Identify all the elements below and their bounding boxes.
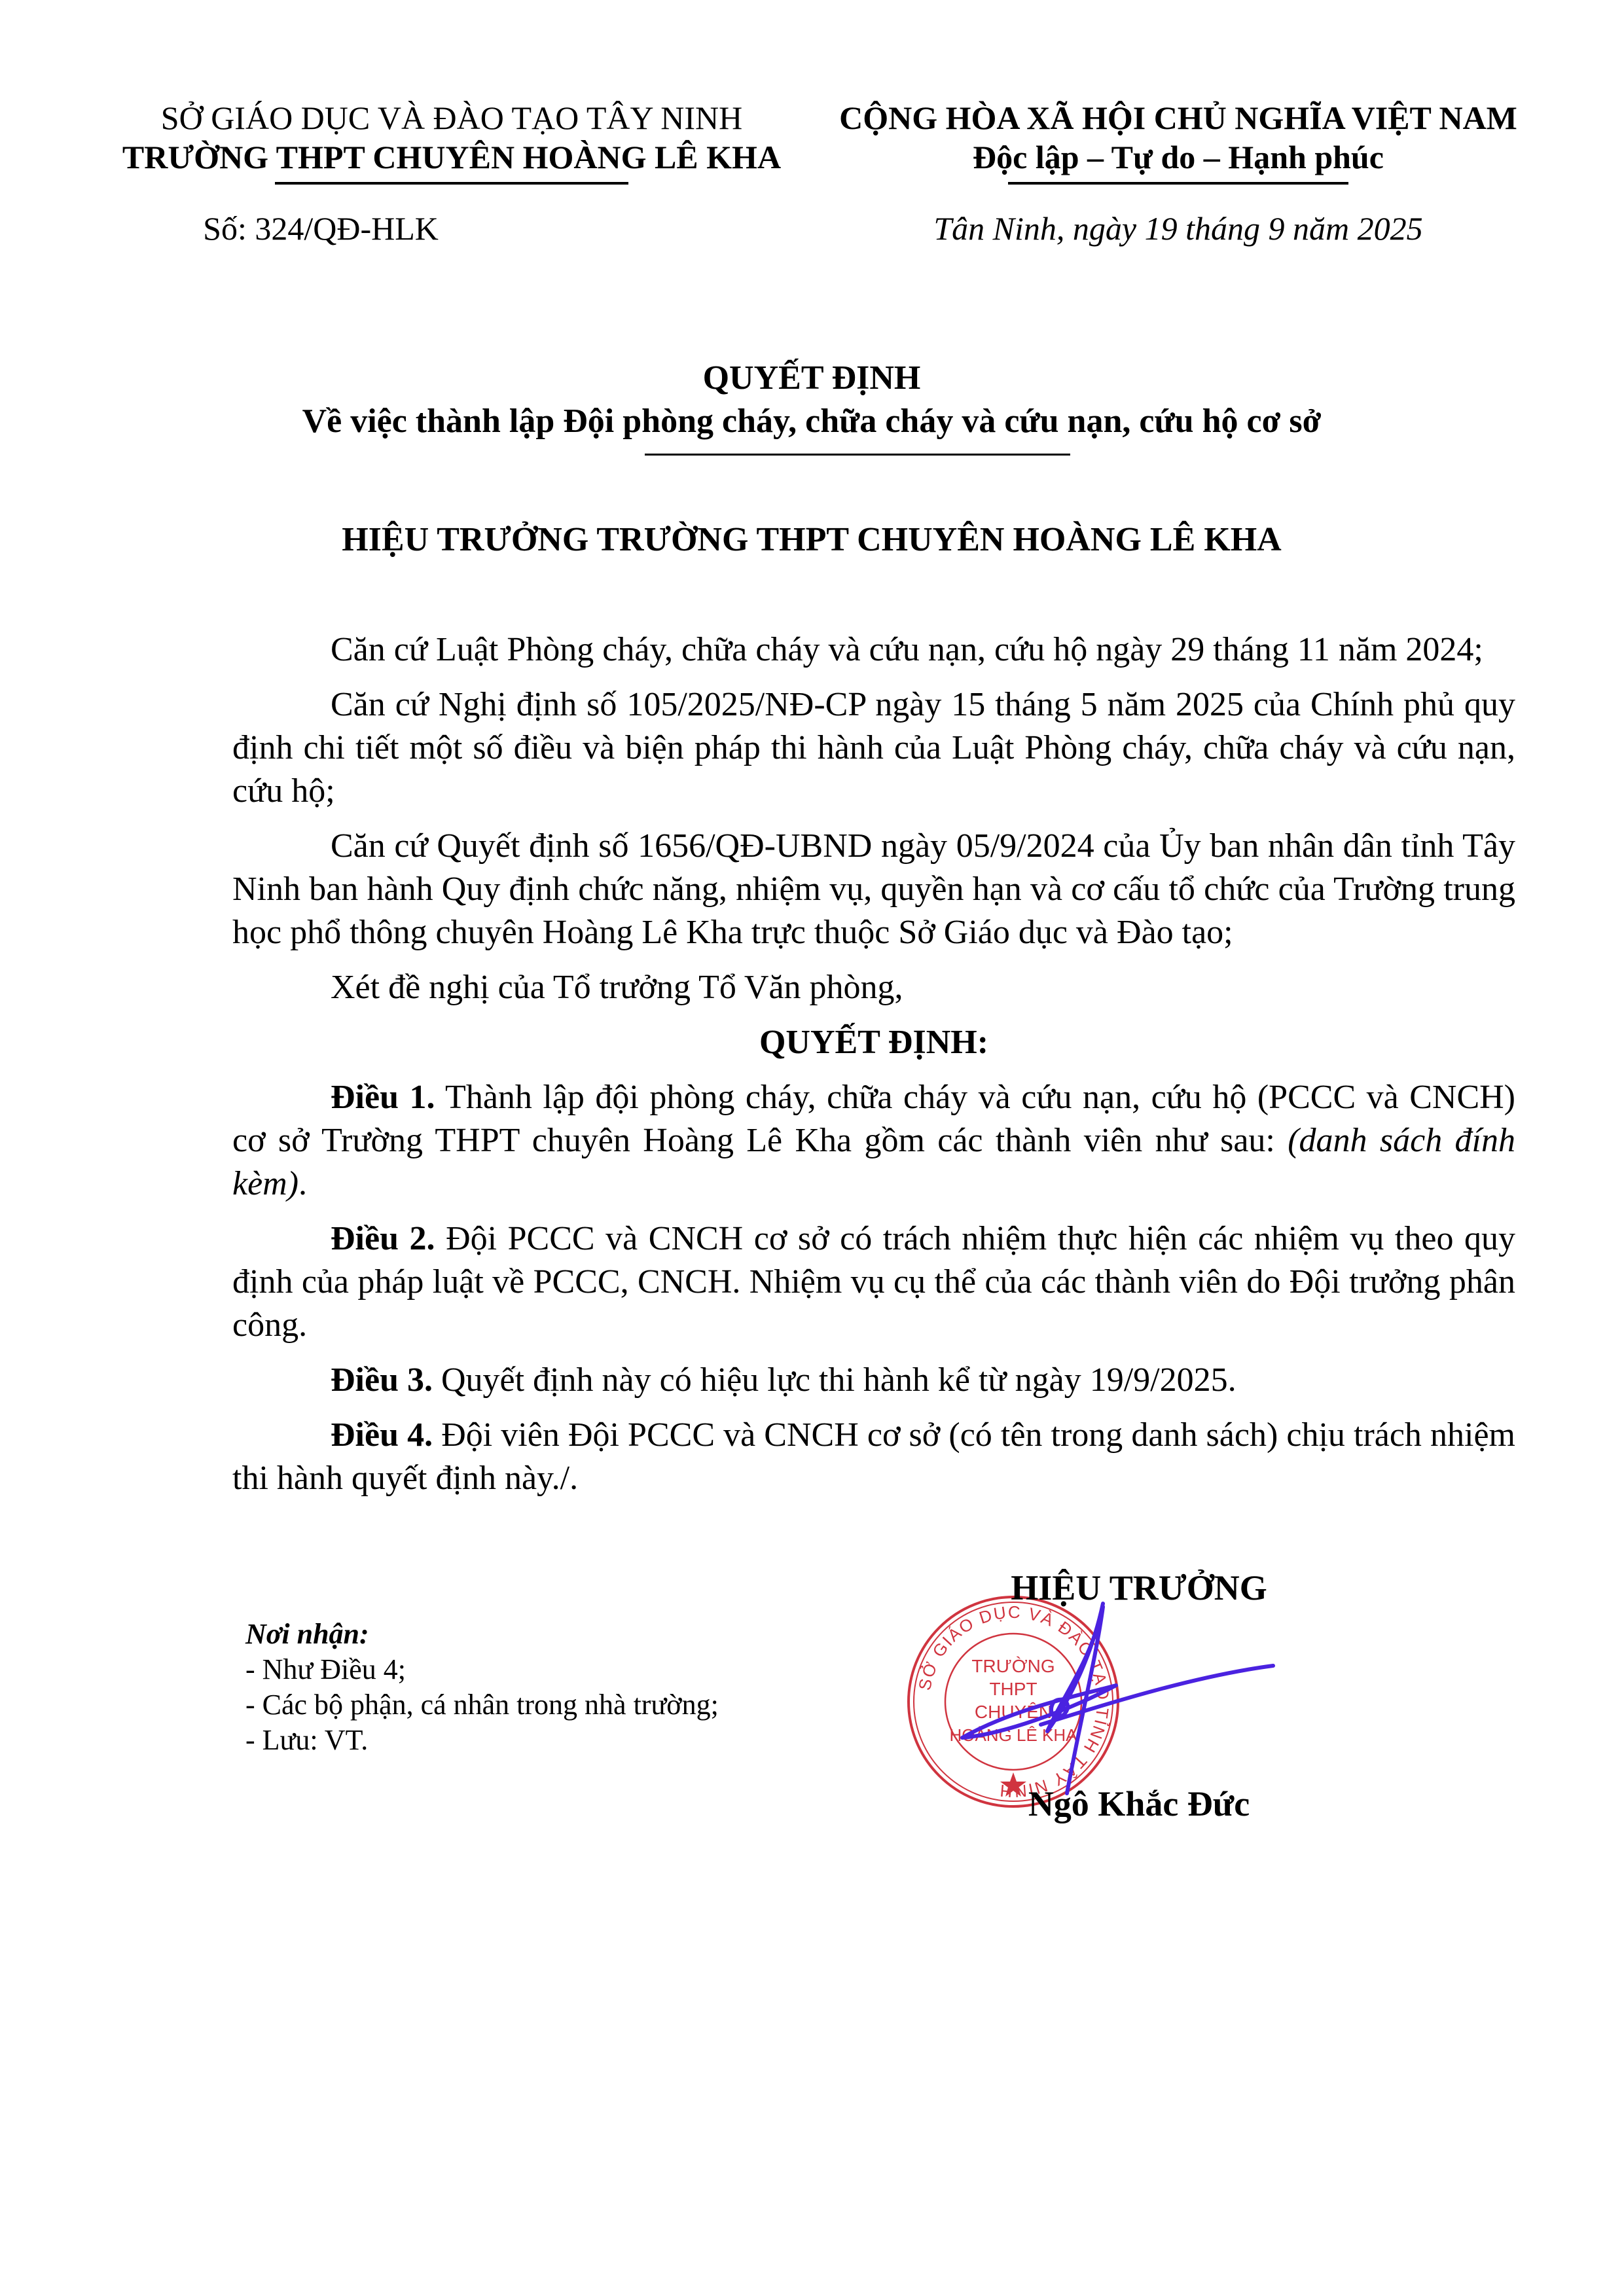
title-rule [645, 454, 1070, 456]
document-subject: Về việc thành lập Đội phòng cháy, chữa c… [131, 400, 1492, 443]
header-right-rule [1008, 182, 1348, 185]
article-text: Quyết định này có hiệu lực thi hành kể t… [433, 1361, 1236, 1399]
recipients-title: Nơi nhận: [245, 1617, 719, 1652]
preamble-item: Căn cứ Quyết định số 1656/QĐ-UBND ngày 0… [232, 825, 1515, 954]
issuing-agency-block: SỞ GIÁO DỤC VÀ ĐÀO TẠO TÂY NINH TRƯỜNG T… [98, 98, 805, 185]
school-name: TRƯỜNG THPT CHUYÊN HOÀNG LÊ KHA [98, 137, 805, 177]
article-label: Điều 1. [331, 1079, 435, 1116]
preamble-item: Căn cứ Nghị định số 105/2025/NĐ-CP ngày … [232, 683, 1515, 813]
document-page: SỞ GIÁO DỤC VÀ ĐÀO TẠO TÂY NINH TRƯỜNG T… [0, 0, 1624, 2296]
preamble-item: Xét đề nghị của Tổ trưởng Tổ Văn phòng, [232, 966, 1515, 1009]
handwritten-signature-icon [949, 1597, 1290, 1806]
article-1: Điều 1. Thành lập đội phòng cháy, chữa c… [232, 1076, 1515, 1206]
recipient-item: - Như Điều 4; [245, 1652, 719, 1687]
signer-title: HIỆU TRƯỞNG [982, 1568, 1296, 1608]
article-label: Điều 3. [331, 1361, 433, 1399]
decision-heading: QUYẾT ĐỊNH: [232, 1021, 1515, 1064]
article-2: Điều 2. Đội PCCC và CNCH cơ sở có trách … [232, 1217, 1515, 1347]
article-label: Điều 4. [331, 1416, 433, 1454]
recipient-item: - Lưu: VT. [245, 1723, 719, 1758]
document-number: Số: 324/QĐ-HLK [98, 209, 805, 247]
signer-name: Ngô Khắc Đức [982, 1784, 1296, 1824]
place-date: Tân Ninh, ngày 19 tháng 9 năm 2025 [812, 209, 1545, 247]
recipients-block: Nơi nhận: - Như Điều 4; - Các bộ phận, c… [245, 1617, 719, 1758]
national-title: CỘNG HÒA XÃ HỘI CHỦ NGHĨA VIỆT NAM [812, 98, 1545, 137]
article-4: Điều 4. Đội viên Đội PCCC và CNCH cơ sở … [232, 1414, 1515, 1500]
national-motto-block: CỘNG HÒA XÃ HỘI CHỦ NGHĨA VIỆT NAM Độc l… [812, 98, 1545, 185]
recipient-item: - Các bộ phận, cá nhân trong nhà trường; [245, 1687, 719, 1723]
parent-agency: SỞ GIÁO DỤC VÀ ĐÀO TẠO TÂY NINH [98, 98, 805, 137]
preamble-item: Căn cứ Luật Phòng cháy, chữa cháy và cứu… [232, 628, 1515, 672]
national-motto: Độc lập – Tự do – Hạnh phúc [812, 137, 1545, 177]
article-label: Điều 2. [331, 1220, 435, 1257]
issuing-authority: HIỆU TRƯỞNG TRƯỜNG THPT CHUYÊN HOÀNG LÊ … [131, 520, 1492, 559]
article-3: Điều 3. Quyết định này có hiệu lực thi h… [232, 1359, 1515, 1402]
document-type: QUYẾT ĐỊNH [131, 357, 1492, 400]
document-body: Căn cứ Luật Phòng cháy, chữa cháy và cứu… [232, 628, 1515, 1512]
title-block: QUYẾT ĐỊNH Về việc thành lập Đội phòng c… [131, 357, 1492, 456]
header-left-rule [275, 182, 628, 185]
